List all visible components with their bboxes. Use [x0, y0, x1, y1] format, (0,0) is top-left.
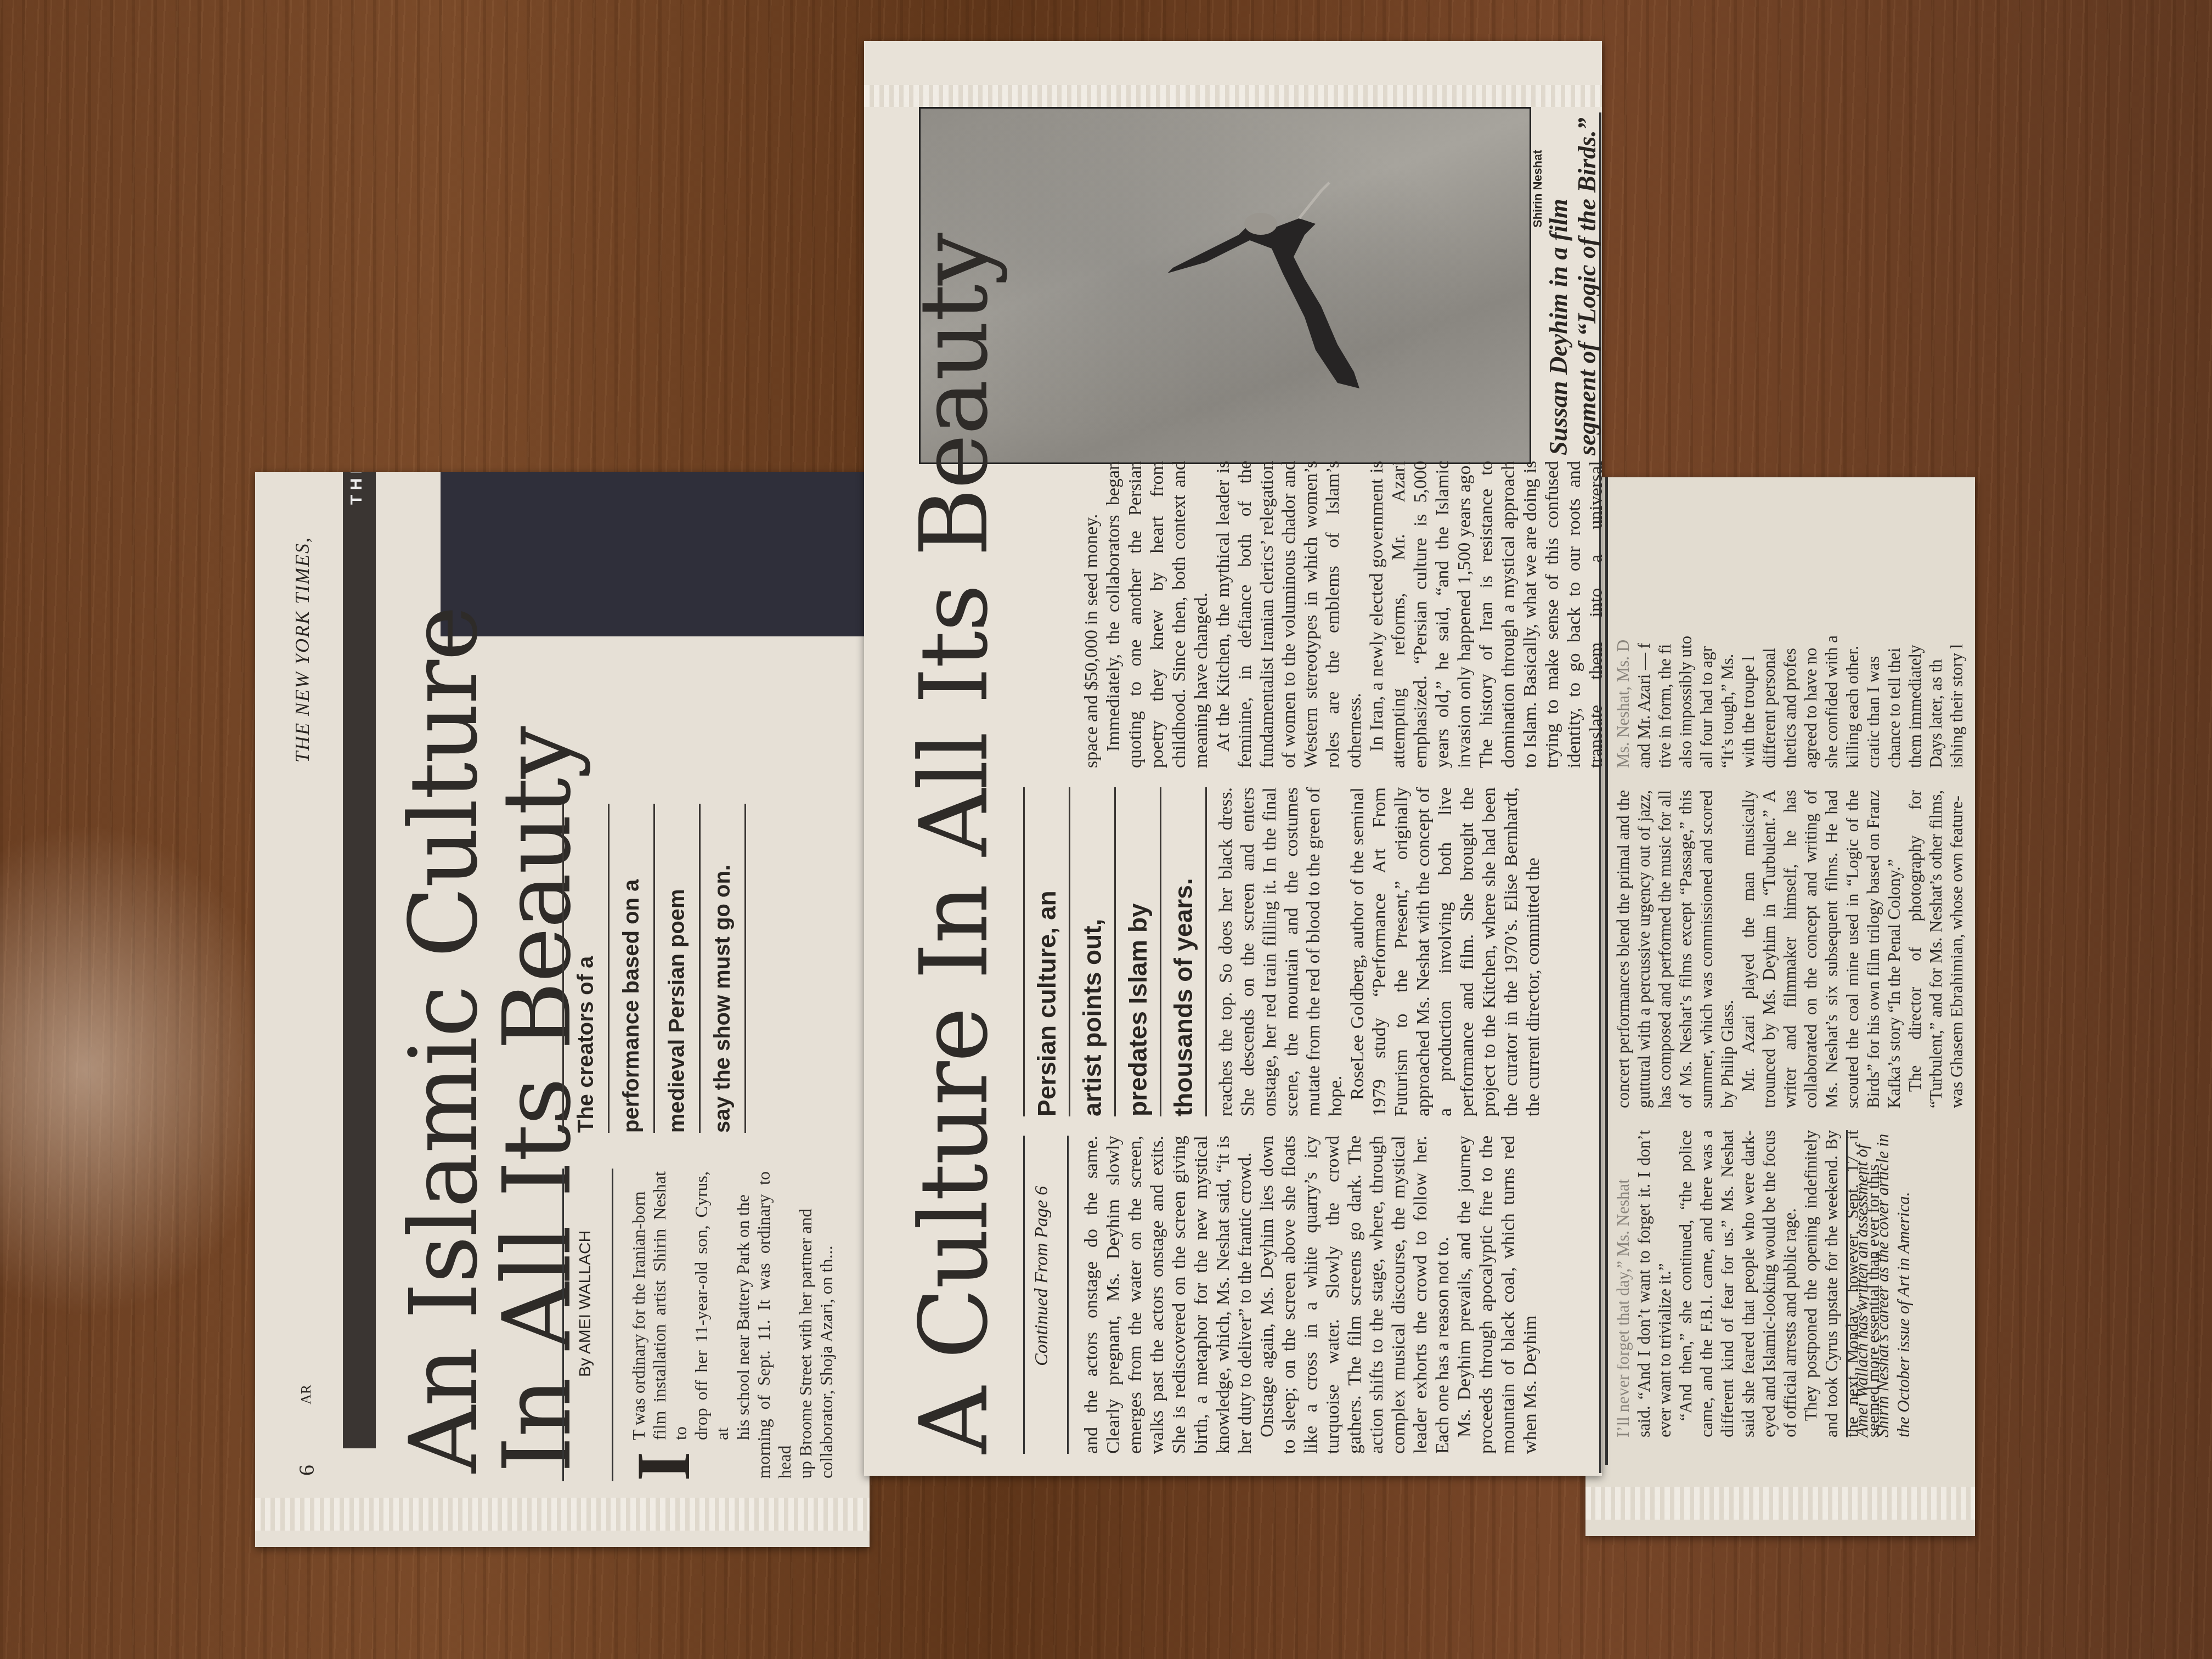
- photo-caption: Sussan Deyhim in a film segment of “Logi…: [1544, 117, 1601, 455]
- byline: By AMEI WALLACH: [576, 1231, 595, 1377]
- deck-line: artist points out,: [1070, 787, 1116, 1116]
- deck-line: Persian culture, an: [1023, 787, 1070, 1116]
- left-clipping: 6 AR THE NEW YORK TIMES, T H E An Islami…: [255, 472, 870, 1547]
- body-column-1: and the actors onstage do the same. Clea…: [1081, 1136, 1542, 1454]
- lead-paragraph: T was ordinary for the Iranian-born film…: [628, 1171, 837, 1479]
- deck: Persian culture, an artist points out, p…: [1023, 787, 1207, 1116]
- masthead: THE NEW YORK TIMES,: [291, 537, 314, 763]
- body-column-3: space and $50,000 in seed money. Immedia…: [1081, 461, 1602, 768]
- deck-line: medieval Persian poem: [655, 804, 701, 1133]
- continued-line: Continued From Page 6: [1031, 1186, 1052, 1366]
- byline-rule-top: [562, 1169, 564, 1481]
- column-1: I’ll never forget that day,” Ms. Neshat …: [1613, 1130, 1884, 1437]
- column-3: Ms. Neshat, Ms. D and Mr. Azari — f tive…: [1613, 477, 1967, 768]
- deck-line: thousands of years.: [1161, 787, 1207, 1116]
- deck-line: say the show must go on.: [701, 804, 746, 1133]
- headline: An Islamic Culture In All Its Beauty: [398, 607, 584, 1473]
- right-clipping: I’ll never forget that day,” Ms. Neshat …: [1585, 477, 1975, 1536]
- section-label: AR: [298, 1385, 314, 1404]
- byline-rule-bottom: [612, 1169, 613, 1481]
- continued-rule-bottom: [1067, 1136, 1069, 1454]
- section-banner-text: T H E: [347, 472, 366, 505]
- deck-line: performance based on a: [610, 804, 655, 1133]
- continued-rule-top: [1023, 1136, 1025, 1454]
- body-column-2: reaches the top. So does her black dress…: [1215, 787, 1544, 1116]
- author-note-rule: [1846, 1130, 1848, 1437]
- page-number: 6: [294, 1465, 319, 1476]
- headline: A Culture In All Its Beauty: [908, 234, 1001, 1454]
- deck: The creators of a performance based on a…: [562, 804, 746, 1133]
- column-2: concert performances blend the primal an…: [1613, 790, 1967, 1108]
- deck-line: The creators of a: [562, 804, 610, 1133]
- deck-line: predates Islam by: [1116, 787, 1161, 1116]
- middle-clipping: Shirin Neshat Sussan Deyhim in a film se…: [864, 41, 1602, 1476]
- light-glare: [0, 823, 285, 1317]
- headline-line-1: An Islamic Culture: [398, 607, 491, 1473]
- author-note: Amei Wallach has written an assessment o…: [1852, 1130, 1914, 1437]
